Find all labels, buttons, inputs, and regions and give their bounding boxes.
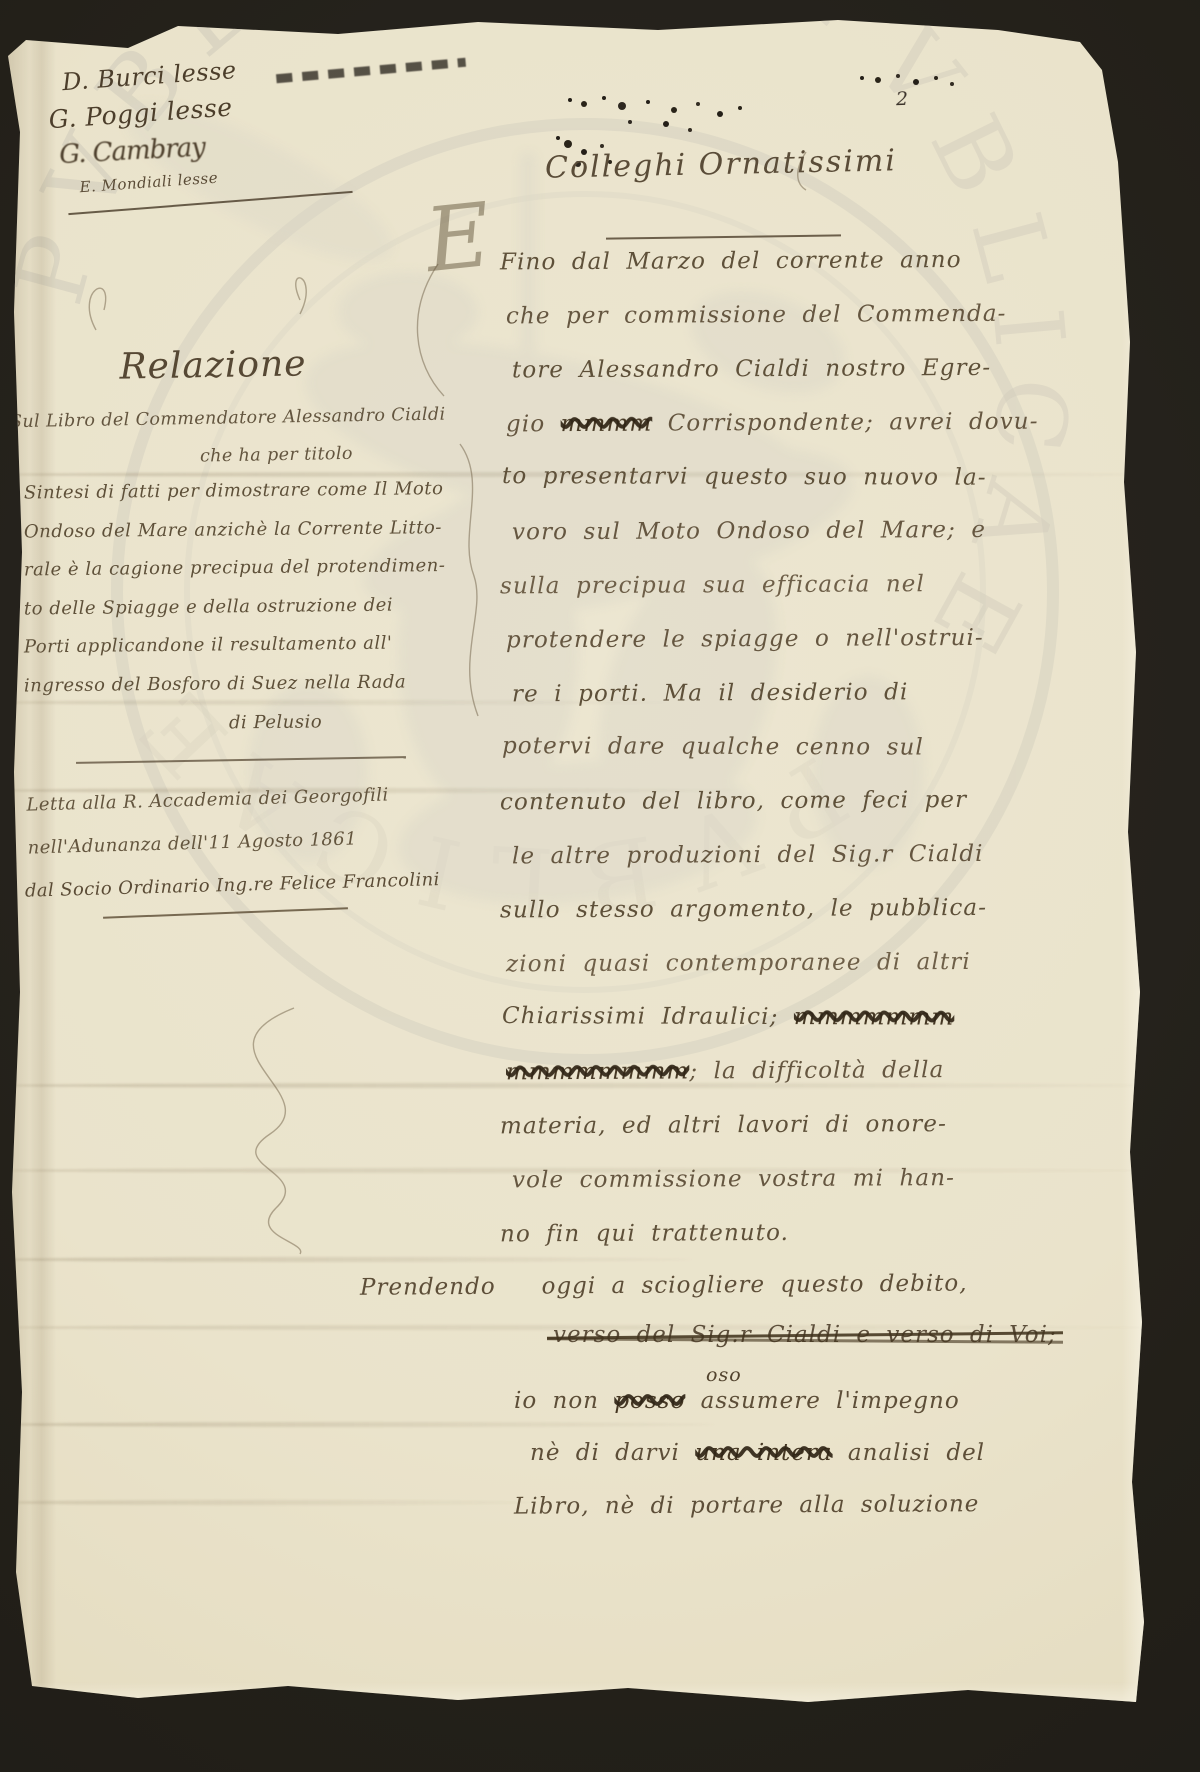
manuscript-line: nè di darvi una intera analisi del [530, 1442, 1148, 1466]
manuscript-line: sulla precipua sua efficacia nel [500, 573, 1040, 598]
manuscript-line: Chiarissimi Idraulici; mmmmmmm [502, 1005, 1040, 1029]
manuscript-line: materia, ed altri lavori di onore- [500, 1113, 1040, 1138]
text-segment: tore Alessandro Cialdi nostro Egre- [512, 355, 991, 384]
deckle-edge-bottom [8, 1682, 1148, 1706]
struck-out-text: verso del Sig.r Cialdi e verso di Voi; [553, 1324, 1057, 1347]
text-segment: Ondoso del Mare anzichè la Corrente Litt… [24, 517, 442, 542]
text-segment: che ha per titolo [200, 444, 353, 467]
struck-out-text: posso [614, 1388, 685, 1414]
text-segment: oso [706, 1364, 742, 1386]
closing-paragraph: Prendendo oggi a sciogliere questo debit… [8, 1274, 1148, 1518]
divider-rule [76, 756, 406, 764]
text-segment: to delle Spiagge e della ostruzione dei [24, 594, 393, 619]
body-text-column: Fino dal Marzo del corrente annoche per … [500, 250, 1040, 1276]
text-segment: dal Socio Ordinario Ing.re Felice Franco… [25, 869, 440, 902]
text-segment: Libro, nè di portare alla soluzione [514, 1491, 980, 1519]
manuscript-screenshot: { "page": { "number": "2" }, "colors": {… [0, 0, 1200, 1772]
dedication-block: Sul Libro del Commendatore Alessandro Ci… [10, 410, 490, 482]
text-segment: protendere le spiagge o nell'ostrui- [506, 625, 984, 654]
manuscript-line: sullo stesso argomento, le pubblica- [500, 897, 1040, 922]
manuscript-line: zioni quasi contemporanee di altri [506, 951, 1040, 976]
manuscript-line: oso [706, 1366, 1148, 1384]
text-segment: Prendendo oggi a sciogliere questo debit… [360, 1271, 968, 1301]
text-segment: Porti applicandone il resultamento all' [24, 633, 393, 658]
salutation: Colleghi Ornatissimi [506, 146, 937, 185]
reading-note-block: Letta alla R. Accademia dei Georgofiline… [26, 783, 499, 925]
text-segment: materia, ed altri lavori di onore- [500, 1111, 947, 1139]
struck-out-text: una intera [695, 1440, 832, 1466]
manuscript-line: Libro, nè di portare alla soluzione [514, 1492, 1148, 1519]
text-segment: gio [506, 411, 561, 437]
text-segment: to presentarvi questo suo nuovo la- [502, 463, 987, 491]
text-segment: di Pelusio [229, 711, 322, 733]
text-segment: Fino dal Marzo del corrente anno [500, 247, 962, 275]
book-title-line: rale è la cagione precipua del protendim… [24, 557, 496, 584]
signature: E. Mondiali lesse [79, 169, 244, 195]
manuscript-line: che per commissione del Commenda- [506, 303, 1040, 328]
book-title-block: Sintesi di fatti per dimostrare come Il … [24, 482, 496, 752]
ink-specks [568, 98, 572, 102]
text-segment: no fin qui trattenuto. [500, 1220, 789, 1248]
signature: G. Cambray [59, 132, 243, 168]
text-segment: Sul Libro del Commendatore Alessandro Ci… [10, 405, 446, 433]
struck-out-text: mmmmmmm [794, 1004, 954, 1031]
manuscript-line: mmmmmmmm; la difficoltà della [506, 1059, 1040, 1084]
signature: D. Burci lesse [61, 58, 237, 94]
text-segment: potervi dare qualche cenno sul [502, 733, 924, 760]
text-segment: analisi del [833, 1440, 985, 1466]
manuscript-line: Fino dal Marzo del corrente anno [500, 249, 1040, 274]
manuscript-line: voro sul Moto Ondoso del Mare; e [512, 519, 1040, 544]
signature: G. Poggi lesse [48, 94, 240, 132]
text-segment: nell'Adunanza dell'11 Agosto 1861 [27, 828, 357, 858]
text-segment: assumere l'impegno [685, 1388, 959, 1414]
text-segment: E. Mondiali lesse [79, 169, 219, 197]
manuscript-line: no fin qui trattenuto. [500, 1221, 1040, 1246]
text-segment: ingresso del Bosforo di Suez nella Rada [24, 671, 406, 696]
struck-out-text: mmmm [561, 411, 653, 437]
book-title-line: ingresso del Bosforo di Suez nella Rada [24, 672, 496, 699]
signatures-block: D. Burci lesseG. Poggi lesseG. CambrayE.… [61, 58, 245, 208]
book-title-line: Porti applicandone il resultamento all' [24, 634, 496, 661]
manuscript-line: tore Alessandro Cialdi nostro Egre- [512, 357, 1040, 382]
manuscript-line: io non posso assumere l'impegno [514, 1390, 1148, 1414]
reading-note-line: nell'Adunanza dell'11 Agosto 1861 [27, 826, 497, 860]
manuscript-line: gio mmmm Corrispondente; avrei dovu- [506, 411, 1040, 436]
ink-smudge [276, 58, 466, 84]
text-segment: che per commissione del Commenda- [506, 301, 1007, 330]
text-segment: voro sul Moto Ondoso del Mare; e [512, 517, 986, 545]
manuscript-line: le altre produzioni del Sig.r Cialdi [512, 843, 1040, 868]
manuscript-line: potervi dare qualche cenno sul [502, 735, 1040, 759]
dedication-line: Sul Libro del Commendatore Alessandro Ci… [10, 406, 490, 434]
text-segment: nè di darvi [530, 1440, 695, 1466]
salutation-rule [606, 234, 841, 239]
page-number: 2 [896, 90, 909, 109]
text-segment: Sintesi di fatti per dimostrare come Il … [24, 478, 444, 503]
text-segment: D. Burci lesse [61, 56, 237, 96]
report-title: Relazione [63, 345, 364, 386]
dedication-line: che ha per titolo [200, 443, 490, 468]
text-segment: io non [514, 1388, 614, 1414]
struck-out-text: mmmmmmmm [506, 1058, 689, 1085]
text-segment: contenuto del libro, come feci per [500, 787, 967, 815]
book-title-line: Ondoso del Mare anzichè la Corrente Litt… [24, 518, 496, 545]
text-segment: le altre produzioni del Sig.r Cialdi [512, 841, 984, 869]
manuscript-line: to presentarvi questo suo nuovo la- [502, 465, 1040, 489]
text-segment: Chiarissimi Idraulici; [502, 1003, 794, 1030]
manuscript-scan: PVBLICAE PVBLICAE PVBLICAE [0, 0, 1200, 1772]
manuscript-page: PVBLICAE PVBLICAE PVBLICAE [8, 12, 1148, 1706]
text-segment: Corrispondente; avrei dovu- [652, 409, 1038, 437]
book-title-line: to delle Spiagge e della ostruzione dei [24, 595, 496, 622]
text-segment: sullo stesso argomento, le pubblica- [500, 895, 987, 924]
text-segment: G. Cambray [59, 132, 206, 170]
text-segment: G. Poggi lesse [48, 92, 234, 134]
text-segment: sulla precipua sua efficacia nel [500, 571, 925, 599]
manuscript-line: contenuto del libro, come feci per [500, 789, 1040, 814]
text-segment: ; la difficoltà della [689, 1057, 944, 1084]
text-segment: zioni quasi contemporanee di altri [506, 949, 971, 977]
ink-specks [860, 76, 864, 80]
ink-blot [556, 136, 560, 140]
book-title-line: Sintesi di fatti per dimostrare come Il … [24, 480, 496, 507]
book-title-line: di Pelusio [229, 712, 496, 737]
reading-note-line: dal Socio Ordinario Ing.re Felice Franco… [25, 869, 499, 903]
manuscript-line: verso del Sig.r Cialdi e verso di Voi; [553, 1324, 1148, 1348]
initial-flourish: E [422, 191, 495, 285]
manuscript-line: re i porti. Ma il desiderio di [512, 681, 1040, 706]
text-segment: re i porti. Ma il desiderio di [512, 679, 909, 707]
manuscript-line: Prendendo oggi a sciogliere questo debit… [360, 1271, 1148, 1301]
text-segment: vole commissione vostra mi han- [512, 1165, 955, 1193]
manuscript-line: protendere le spiagge o nell'ostrui- [506, 627, 1040, 652]
text-segment: rale è la cagione precipua del protendim… [24, 555, 446, 580]
manuscript-line: vole commissione vostra mi han- [512, 1167, 1040, 1192]
